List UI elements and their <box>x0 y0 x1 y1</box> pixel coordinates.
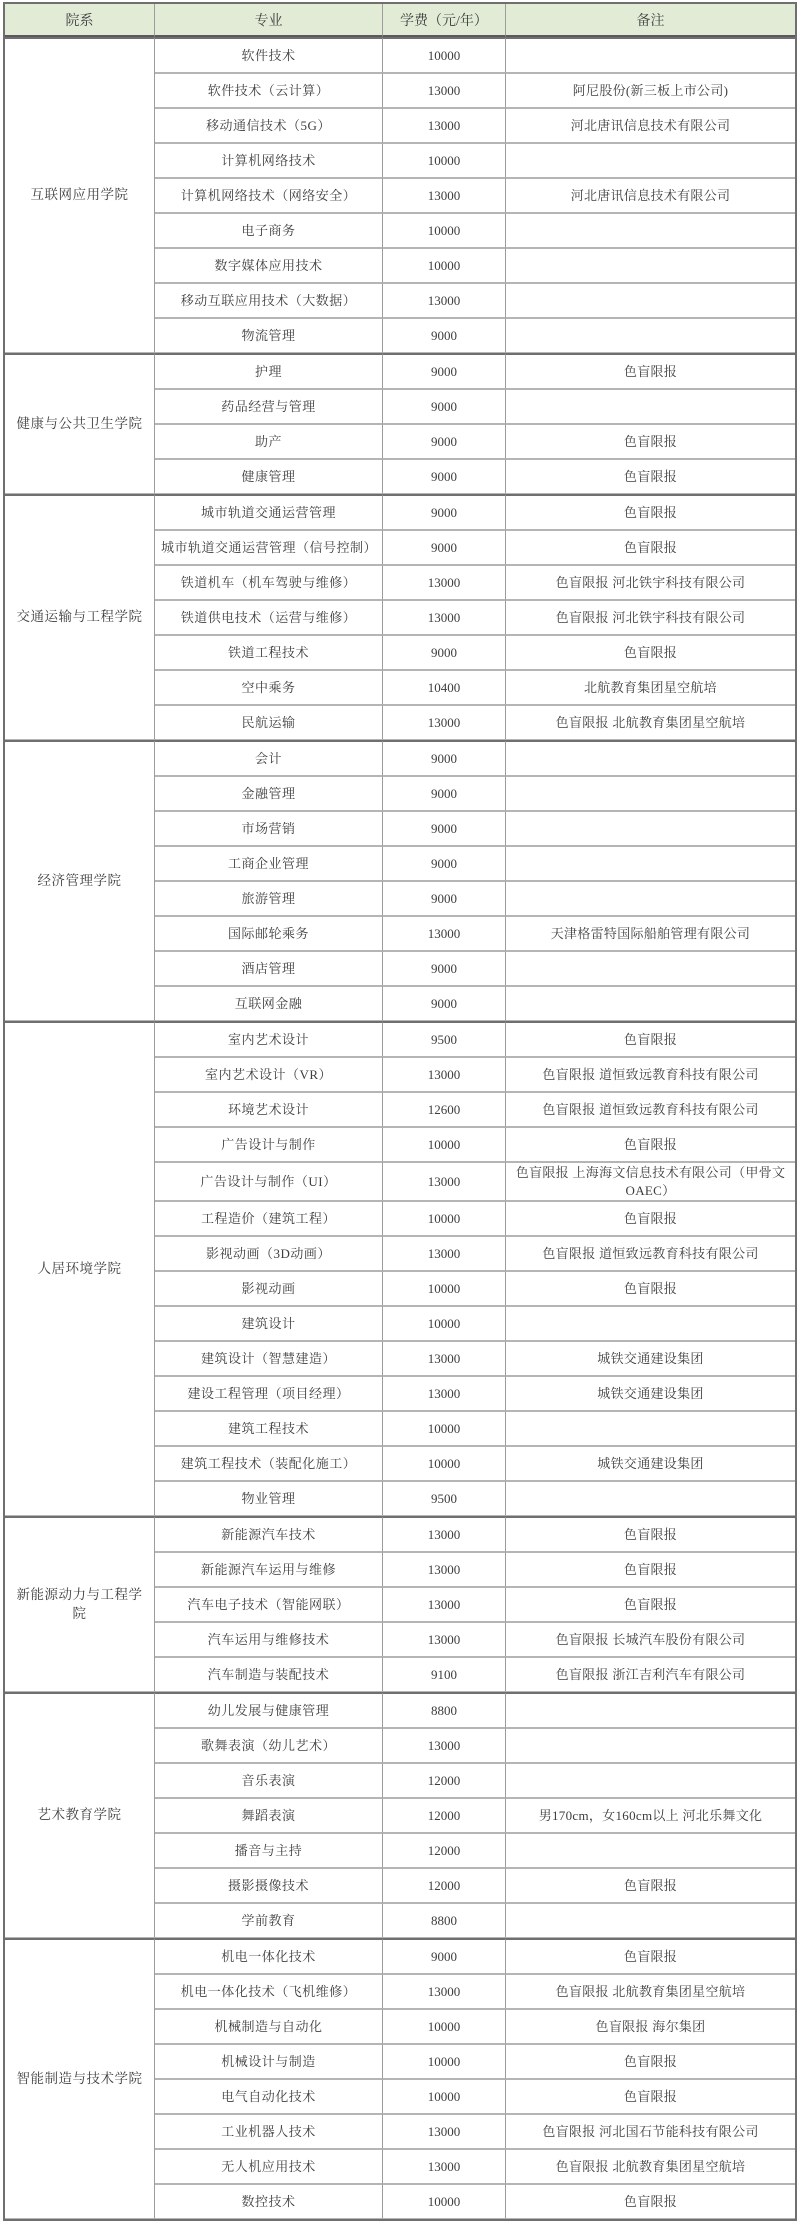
tuition-cell: 9500 <box>383 1021 506 1057</box>
tuition-cell: 9000 <box>383 635 506 670</box>
tuition-cell: 9000 <box>383 811 506 846</box>
college-cell: 人居环境学院 <box>5 1021 155 1516</box>
major-cell: 环境艺术设计 <box>155 1092 383 1127</box>
major-cell: 金融管理 <box>155 776 383 811</box>
tuition-cell: 9000 <box>383 318 506 353</box>
tuition-cell: 10000 <box>383 2079 506 2114</box>
major-cell: 广告设计与制作 <box>155 1127 383 1162</box>
tuition-cell: 9000 <box>383 459 506 494</box>
note-cell <box>506 881 795 916</box>
tuition-cell: 9000 <box>383 389 506 424</box>
major-cell: 铁道机车（机车驾驶与维修） <box>155 565 383 600</box>
note-cell <box>506 776 795 811</box>
major-cell: 软件技术 <box>155 37 383 73</box>
major-cell: 市场营销 <box>155 811 383 846</box>
major-cell: 机械制造与自动化 <box>155 2009 383 2044</box>
major-cell: 新能源汽车技术 <box>155 1516 383 1552</box>
note-cell: 男170cm，女160cm以上 河北乐舞文化 <box>506 1798 795 1833</box>
major-cell: 软件技术（云计算） <box>155 73 383 108</box>
note-cell <box>506 1692 795 1728</box>
note-cell: 城铁交通建设集团 <box>506 1446 795 1481</box>
major-cell: 幼儿发展与健康管理 <box>155 1692 383 1728</box>
major-cell: 舞蹈表演 <box>155 1798 383 1833</box>
major-cell: 铁道工程技术 <box>155 635 383 670</box>
major-cell: 建设工程管理（项目经理） <box>155 1376 383 1411</box>
major-cell: 歌舞表演（幼儿艺术） <box>155 1728 383 1763</box>
tuition-cell: 10000 <box>383 1306 506 1341</box>
note-cell: 色盲限报 <box>506 353 795 389</box>
note-cell: 色盲限报 道恒致远教育科技有限公司 <box>506 1092 795 1127</box>
tuition-cell: 13000 <box>383 1516 506 1552</box>
note-cell <box>506 1903 795 1938</box>
table-row: 健康与公共卫生学院护理9000色盲限报 <box>5 353 795 389</box>
major-cell: 物业管理 <box>155 1481 383 1516</box>
note-cell: 北航教育集团星空航培 <box>506 670 795 705</box>
note-cell <box>506 740 795 776</box>
table-row: 智能制造与技术学院机电一体化技术9000色盲限报 <box>5 1938 795 1974</box>
major-cell: 播音与主持 <box>155 1833 383 1868</box>
major-cell: 汽车运用与维修技术 <box>155 1622 383 1657</box>
major-cell: 建筑设计 <box>155 1306 383 1341</box>
note-cell: 色盲限报 <box>506 494 795 530</box>
note-cell <box>506 986 795 1021</box>
college-cell: 互联网应用学院 <box>5 37 155 353</box>
tuition-table: 院系 专业 学费（元/年） 备注 互联网应用学院软件技术10000软件技术（云计… <box>5 4 795 2219</box>
major-cell: 健康管理 <box>155 459 383 494</box>
tuition-cell: 13000 <box>383 1728 506 1763</box>
major-cell: 汽车制造与装配技术 <box>155 1657 383 1692</box>
tuition-cell: 13000 <box>383 1057 506 1092</box>
note-cell: 色盲限报 <box>506 635 795 670</box>
tuition-cell: 10000 <box>383 1411 506 1446</box>
major-cell: 物流管理 <box>155 318 383 353</box>
tuition-cell: 9000 <box>383 353 506 389</box>
tuition-cell: 13000 <box>383 178 506 213</box>
note-cell: 色盲限报 河北铁宇科技有限公司 <box>506 565 795 600</box>
college-cell: 健康与公共卫生学院 <box>5 353 155 494</box>
tuition-cell: 12000 <box>383 1833 506 1868</box>
major-cell: 建筑工程技术 <box>155 1411 383 1446</box>
tuition-cell: 10000 <box>383 2184 506 2219</box>
college-cell: 智能制造与技术学院 <box>5 1938 155 2219</box>
college-cell: 交通运输与工程学院 <box>5 494 155 740</box>
college-cell: 经济管理学院 <box>5 740 155 1021</box>
tuition-cell: 8800 <box>383 1692 506 1728</box>
note-cell <box>506 143 795 178</box>
major-cell: 摄影摄像技术 <box>155 1868 383 1903</box>
major-cell: 城市轨道交通运营管理 <box>155 494 383 530</box>
table-row: 人居环境学院室内艺术设计9500色盲限报 <box>5 1021 795 1057</box>
note-cell <box>506 389 795 424</box>
tuition-cell: 10000 <box>383 213 506 248</box>
tuition-cell: 10400 <box>383 670 506 705</box>
note-cell <box>506 37 795 73</box>
note-cell: 色盲限报 <box>506 1938 795 1974</box>
note-cell <box>506 1833 795 1868</box>
major-cell: 汽车电子技术（智能网联） <box>155 1587 383 1622</box>
note-cell: 色盲限报 <box>506 2044 795 2079</box>
major-cell: 数字媒体应用技术 <box>155 248 383 283</box>
note-cell: 色盲限报 长城汽车股份有限公司 <box>506 1622 795 1657</box>
note-cell: 色盲限报 <box>506 1271 795 1306</box>
tuition-cell: 13000 <box>383 1341 506 1376</box>
table-row: 互联网应用学院软件技术10000 <box>5 37 795 73</box>
tuition-cell: 13000 <box>383 1552 506 1587</box>
note-cell: 色盲限报 浙江吉利汽车有限公司 <box>506 1657 795 1692</box>
note-cell: 色盲限报 <box>506 1516 795 1552</box>
major-cell: 护理 <box>155 353 383 389</box>
tuition-cell: 13000 <box>383 565 506 600</box>
tuition-cell: 8800 <box>383 1903 506 1938</box>
tuition-cell: 13000 <box>383 108 506 143</box>
tuition-cell: 9000 <box>383 494 506 530</box>
note-cell: 色盲限报 河北国石节能科技有限公司 <box>506 2114 795 2149</box>
major-cell: 互联网金融 <box>155 986 383 1021</box>
table-row: 艺术教育学院幼儿发展与健康管理8800 <box>5 1692 795 1728</box>
tuition-cell: 10000 <box>383 2044 506 2079</box>
note-cell: 色盲限报 道恒致远教育科技有限公司 <box>506 1236 795 1271</box>
major-cell: 工程造价（建筑工程） <box>155 1201 383 1236</box>
tuition-cell: 13000 <box>383 2114 506 2149</box>
tuition-cell: 10000 <box>383 37 506 73</box>
tuition-cell: 13000 <box>383 1236 506 1271</box>
college-cell: 艺术教育学院 <box>5 1692 155 1938</box>
table-header: 院系 专业 学费（元/年） 备注 <box>5 4 795 37</box>
note-cell <box>506 318 795 353</box>
note-cell: 天津格雷特国际船舶管理有限公司 <box>506 916 795 951</box>
tuition-cell: 10000 <box>383 2009 506 2044</box>
note-cell: 色盲限报 河北铁宇科技有限公司 <box>506 600 795 635</box>
major-cell: 电气自动化技术 <box>155 2079 383 2114</box>
note-cell <box>506 213 795 248</box>
major-cell: 计算机网络技术 <box>155 143 383 178</box>
table-row: 新能源动力与工程学院新能源汽车技术13000色盲限报 <box>5 1516 795 1552</box>
note-cell: 色盲限报 <box>506 1021 795 1057</box>
tuition-cell: 10000 <box>383 1127 506 1162</box>
majors-table-body: 互联网应用学院软件技术10000软件技术（云计算）13000阿尼股份(新三板上市… <box>5 37 795 2219</box>
tuition-cell: 13000 <box>383 600 506 635</box>
tuition-cell: 10000 <box>383 1446 506 1481</box>
note-cell <box>506 248 795 283</box>
college-cell: 新能源动力与工程学院 <box>5 1516 155 1692</box>
header-college: 院系 <box>5 4 155 37</box>
tuition-cell: 9100 <box>383 1657 506 1692</box>
tuition-cell: 13000 <box>383 283 506 318</box>
major-cell: 室内艺术设计（VR） <box>155 1057 383 1092</box>
tuition-table-container: 院系 专业 学费（元/年） 备注 互联网应用学院软件技术10000软件技术（云计… <box>3 2 797 2221</box>
major-cell: 机电一体化技术（飞机维修） <box>155 1974 383 2009</box>
tuition-cell: 9000 <box>383 1938 506 1974</box>
note-cell: 色盲限报 <box>506 2184 795 2219</box>
header-major: 专业 <box>155 4 383 37</box>
note-cell: 色盲限报 <box>506 459 795 494</box>
major-cell: 移动通信技术（5G） <box>155 108 383 143</box>
tuition-cell: 9000 <box>383 740 506 776</box>
tuition-cell: 9000 <box>383 846 506 881</box>
major-cell: 室内艺术设计 <box>155 1021 383 1057</box>
tuition-cell: 10000 <box>383 1201 506 1236</box>
note-cell: 色盲限报 上海海文信息技术有限公司（甲骨文OAEC） <box>506 1162 795 1201</box>
major-cell: 音乐表演 <box>155 1763 383 1798</box>
tuition-cell: 10000 <box>383 248 506 283</box>
note-cell <box>506 1481 795 1516</box>
note-cell <box>506 283 795 318</box>
note-cell: 色盲限报 <box>506 1868 795 1903</box>
major-cell: 数控技术 <box>155 2184 383 2219</box>
major-cell: 工商企业管理 <box>155 846 383 881</box>
table-row: 交通运输与工程学院城市轨道交通运营管理9000色盲限报 <box>5 494 795 530</box>
tuition-cell: 12600 <box>383 1092 506 1127</box>
note-cell: 色盲限报 北航教育集团星空航培 <box>506 2149 795 2184</box>
major-cell: 新能源汽车运用与维修 <box>155 1552 383 1587</box>
tuition-cell: 13000 <box>383 1376 506 1411</box>
note-cell: 色盲限报 <box>506 424 795 459</box>
note-cell: 色盲限报 海尔集团 <box>506 2009 795 2044</box>
tuition-cell: 10000 <box>383 1271 506 1306</box>
tuition-cell: 13000 <box>383 2149 506 2184</box>
major-cell: 影视动画（3D动画） <box>155 1236 383 1271</box>
major-cell: 铁道供电技术（运营与维修） <box>155 600 383 635</box>
tuition-cell: 13000 <box>383 1162 506 1201</box>
major-cell: 影视动画 <box>155 1271 383 1306</box>
major-cell: 工业机器人技术 <box>155 2114 383 2149</box>
note-cell <box>506 1728 795 1763</box>
tuition-cell: 9000 <box>383 424 506 459</box>
major-cell: 酒店管理 <box>155 951 383 986</box>
note-cell: 色盲限报 <box>506 1587 795 1622</box>
note-cell: 阿尼股份(新三板上市公司) <box>506 73 795 108</box>
note-cell: 色盲限报 <box>506 530 795 565</box>
tuition-cell: 12000 <box>383 1763 506 1798</box>
major-cell: 计算机网络技术（网络安全） <box>155 178 383 213</box>
note-cell <box>506 811 795 846</box>
major-cell: 移动互联应用技术（大数据） <box>155 283 383 318</box>
tuition-cell: 12000 <box>383 1868 506 1903</box>
note-cell <box>506 951 795 986</box>
note-cell: 色盲限报 <box>506 1127 795 1162</box>
tuition-cell: 9000 <box>383 986 506 1021</box>
header-note: 备注 <box>506 4 795 37</box>
note-cell <box>506 1411 795 1446</box>
tuition-cell: 9000 <box>383 951 506 986</box>
note-cell <box>506 1306 795 1341</box>
note-cell: 色盲限报 <box>506 1552 795 1587</box>
tuition-cell: 13000 <box>383 73 506 108</box>
tuition-cell: 9000 <box>383 881 506 916</box>
note-cell <box>506 846 795 881</box>
tuition-cell: 9500 <box>383 1481 506 1516</box>
major-cell: 广告设计与制作（UI） <box>155 1162 383 1201</box>
major-cell: 机械设计与制造 <box>155 2044 383 2079</box>
major-cell: 城市轨道交通运营管理（信号控制） <box>155 530 383 565</box>
major-cell: 旅游管理 <box>155 881 383 916</box>
major-cell: 无人机应用技术 <box>155 2149 383 2184</box>
major-cell: 助产 <box>155 424 383 459</box>
note-cell <box>506 1763 795 1798</box>
tuition-cell: 13000 <box>383 1974 506 2009</box>
table-row: 经济管理学院会计9000 <box>5 740 795 776</box>
note-cell: 色盲限报 <box>506 2079 795 2114</box>
tuition-cell: 9000 <box>383 776 506 811</box>
tuition-cell: 13000 <box>383 1622 506 1657</box>
note-cell: 色盲限报 道恒致远教育科技有限公司 <box>506 1057 795 1092</box>
header-row: 院系 专业 学费（元/年） 备注 <box>5 4 795 37</box>
header-tuition: 学费（元/年） <box>383 4 506 37</box>
major-cell: 建筑设计（智慧建造） <box>155 1341 383 1376</box>
tuition-cell: 13000 <box>383 705 506 740</box>
note-cell: 城铁交通建设集团 <box>506 1376 795 1411</box>
note-cell: 色盲限报 北航教育集团星空航培 <box>506 1974 795 2009</box>
note-cell: 河北唐讯信息技术有限公司 <box>506 178 795 213</box>
major-cell: 建筑工程技术（装配化施工） <box>155 1446 383 1481</box>
tuition-cell: 12000 <box>383 1798 506 1833</box>
tuition-cell: 13000 <box>383 916 506 951</box>
note-cell: 河北唐讯信息技术有限公司 <box>506 108 795 143</box>
note-cell: 色盲限报 北航教育集团星空航培 <box>506 705 795 740</box>
major-cell: 电子商务 <box>155 213 383 248</box>
tuition-cell: 10000 <box>383 143 506 178</box>
major-cell: 会计 <box>155 740 383 776</box>
major-cell: 国际邮轮乘务 <box>155 916 383 951</box>
major-cell: 机电一体化技术 <box>155 1938 383 1974</box>
major-cell: 空中乘务 <box>155 670 383 705</box>
tuition-cell: 9000 <box>383 530 506 565</box>
tuition-cell: 13000 <box>383 1587 506 1622</box>
note-cell: 色盲限报 <box>506 1201 795 1236</box>
major-cell: 药品经营与管理 <box>155 389 383 424</box>
major-cell: 学前教育 <box>155 1903 383 1938</box>
note-cell: 城铁交通建设集团 <box>506 1341 795 1376</box>
major-cell: 民航运输 <box>155 705 383 740</box>
